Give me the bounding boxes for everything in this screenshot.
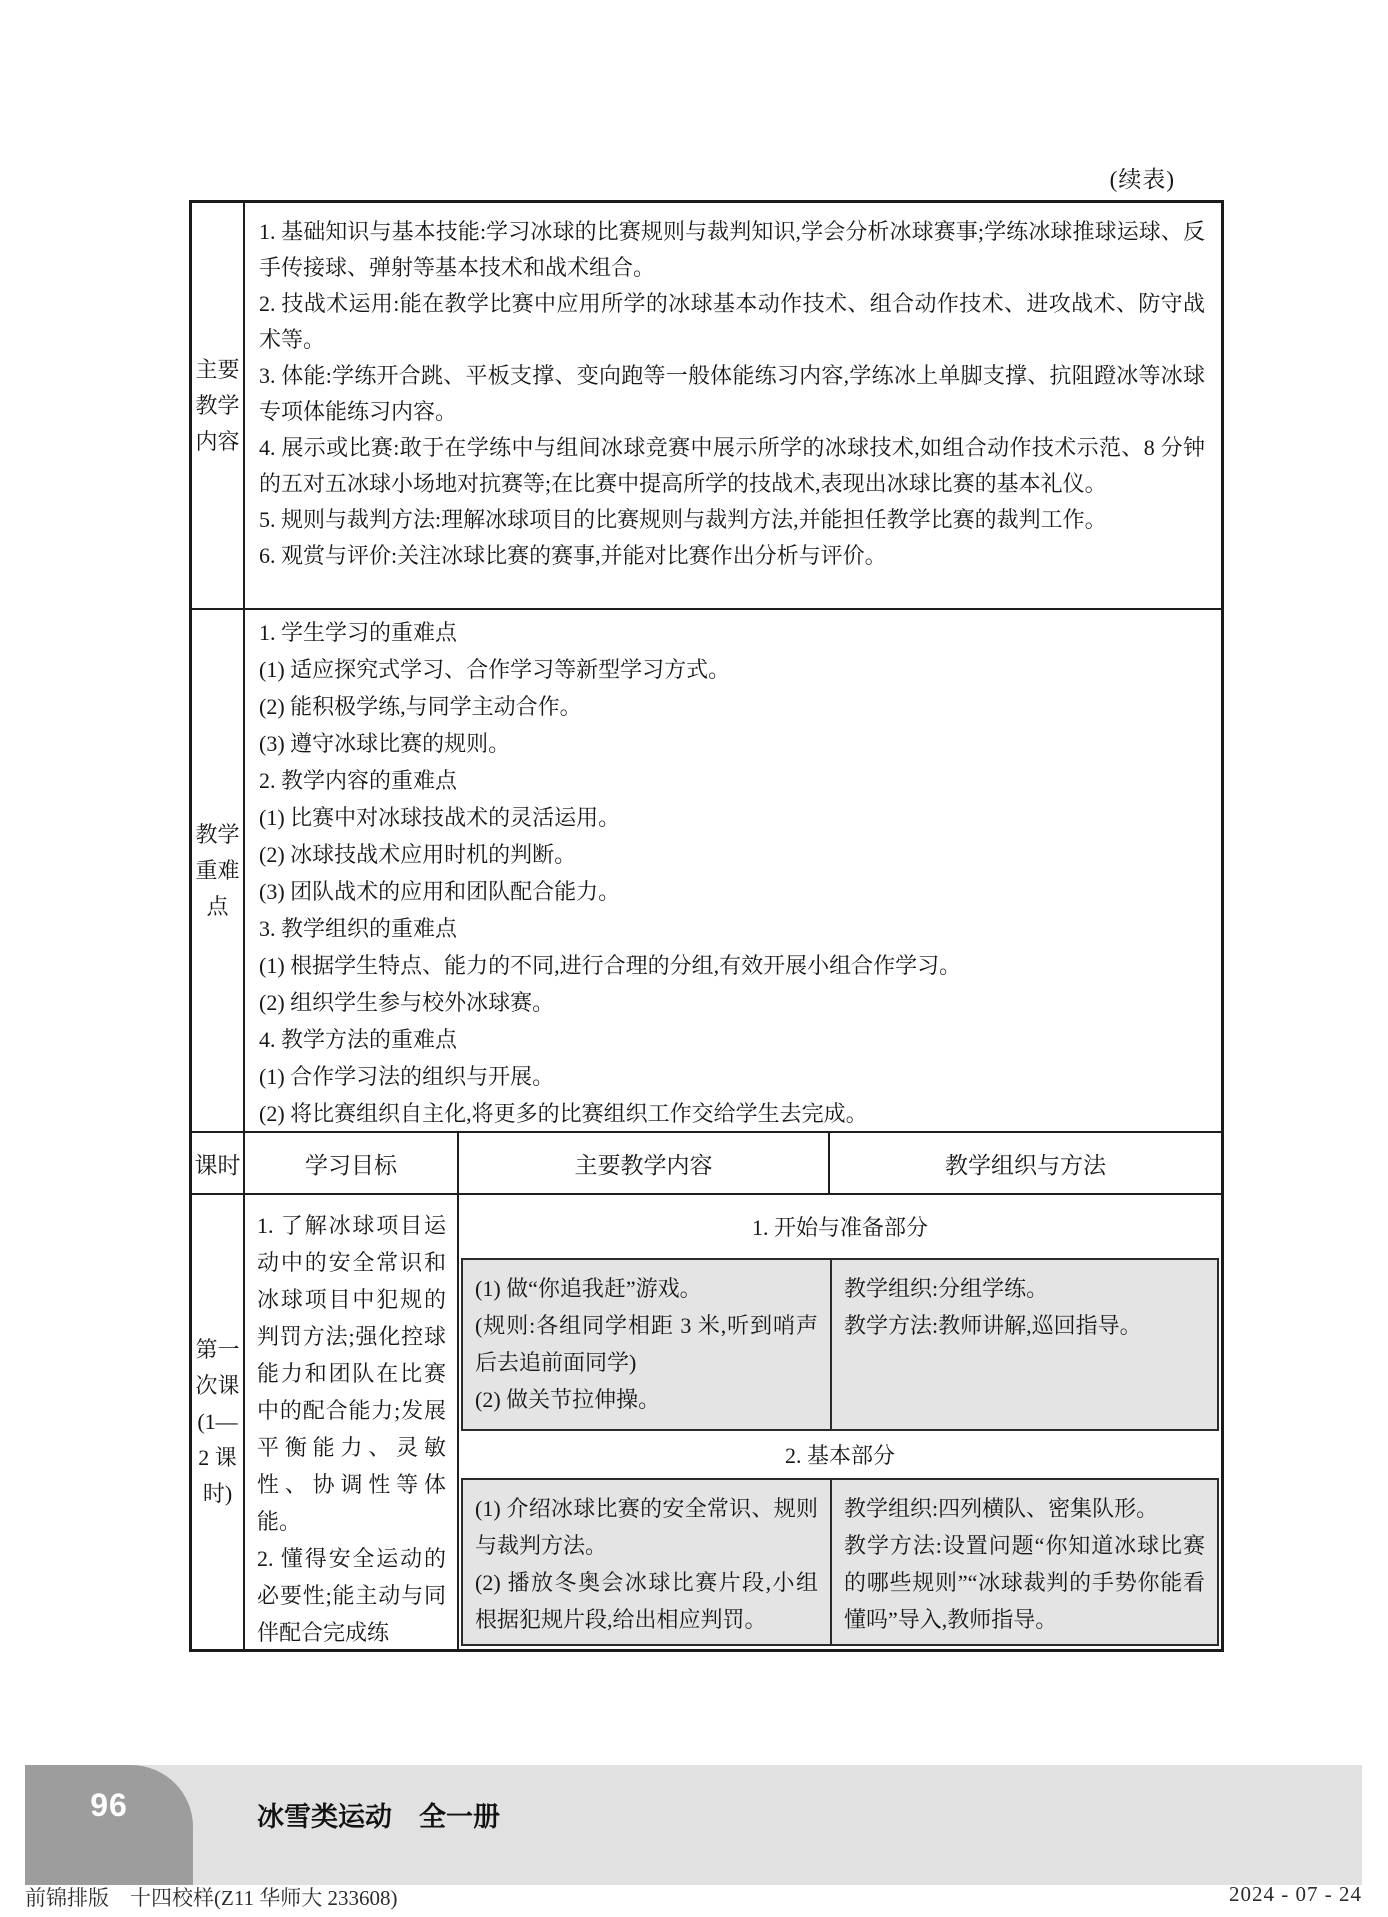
key-points-item: 1. 学生学习的重难点 bbox=[259, 614, 1205, 651]
lesson1-objectives-cell: 1. 了解冰球项目运动中的安全常识和冰球项目中犯规的判罚方法;强化控球能力和团队… bbox=[245, 1195, 459, 1649]
column-header-lesson: 课时 bbox=[192, 1133, 245, 1195]
column-header-content: 主要教学内容 bbox=[459, 1133, 830, 1195]
key-points-items: 1. 学生学习的重难点(1) 适应探究式学习、合作学习等新型学习方式。(2) 能… bbox=[245, 610, 1221, 1132]
main-content-item: 6. 观赏与评价:关注冰球比赛的赛事,并能对比赛作出分析与评价。 bbox=[259, 538, 1205, 574]
method-line: 教学组织:四列横队、密集队形。 bbox=[844, 1490, 1205, 1527]
section2-box: (1) 介绍冰球比赛的安全常识、规则与裁判方法。(2) 播放冬奥会冰球比赛片段,… bbox=[461, 1478, 1219, 1646]
key-points-item: 2. 教学内容的重难点 bbox=[259, 762, 1205, 799]
page-number: 96 bbox=[90, 1787, 128, 1824]
method-line: 教学组织:分组学练。 bbox=[844, 1270, 1205, 1307]
key-points-item: (1) 根据学生特点、能力的不同,进行合理的分组,有效开展小组合作学习。 bbox=[259, 947, 1205, 984]
method-line: 教学方法:教师讲解,巡回指导。 bbox=[844, 1307, 1205, 1344]
content-line: (2) 做关节拉伸操。 bbox=[475, 1381, 818, 1418]
column-header-methods: 教学组织与方法 bbox=[830, 1133, 1221, 1195]
section2-content: (1) 介绍冰球比赛的安全常识、规则与裁判方法。(2) 播放冬奥会冰球比赛片段,… bbox=[463, 1480, 832, 1644]
label-line: 点 bbox=[206, 889, 228, 925]
lesson-plan-table: 主要教学内容 1. 基础知识与基本技能:学习冰球的比赛规则与裁判知识,学会分析冰… bbox=[189, 200, 1224, 1652]
label-line: 内容 bbox=[195, 424, 239, 460]
label-line: 2 课 bbox=[198, 1440, 237, 1476]
key-points-item: 3. 教学组织的重难点 bbox=[259, 910, 1205, 947]
key-points-item: (1) 适应探究式学习、合作学习等新型学习方式。 bbox=[259, 651, 1205, 688]
proof-note: 前锦排版 十四校样(Z11 华师大 233608) bbox=[25, 1882, 398, 1912]
section1-methods: 教学组织:分组学练。教学方法:教师讲解,巡回指导。 bbox=[832, 1260, 1217, 1429]
objective-item: 2. 懂得安全运动的必要性;能主动与同伴配合完成练 bbox=[257, 1540, 446, 1651]
main-content-cell: 1. 基础知识与基本技能:学习冰球的比赛规则与裁判知识,学会分析冰球赛事;学练冰… bbox=[245, 203, 1221, 610]
lesson1-label-cell: 第一次课(1—2 课时) bbox=[192, 1195, 245, 1649]
label-line: 第一 bbox=[195, 1332, 239, 1368]
main-content-items: 1. 基础知识与基本技能:学习冰球的比赛规则与裁判知识,学会分析冰球赛事;学练冰… bbox=[245, 203, 1221, 574]
label-line: 重难 bbox=[195, 853, 239, 889]
book-title: 冰雪类运动 全一册 bbox=[257, 1795, 500, 1834]
main-content-item: 5. 规则与裁判方法:理解冰球项目的比赛规则与裁判方法,并能担任教学比赛的裁判工… bbox=[259, 502, 1205, 538]
continued-table-label: (续表) bbox=[1110, 161, 1175, 194]
footer-band: 96 冰雪类运动 全一册 bbox=[25, 1765, 1362, 1885]
section1-title: 1. 开始与准备部分 bbox=[459, 1195, 1221, 1258]
lesson1-label-text: 第一次课(1—2 课时) bbox=[192, 1195, 243, 1649]
key-points-item: (2) 将比赛组织自主化,将更多的比赛组织工作交给学生去完成。 bbox=[259, 1095, 1205, 1132]
row-label-key-points-text: 教学重难点 bbox=[192, 610, 243, 1131]
row-label-main-content: 主要教学内容 bbox=[192, 203, 245, 610]
key-points-item: (1) 比赛中对冰球技战术的灵活运用。 bbox=[259, 799, 1205, 836]
label-line: 时) bbox=[203, 1476, 232, 1512]
label-line: 教学 bbox=[195, 388, 239, 424]
lesson1-content-methods-area: 1. 开始与准备部分 (1) 做“你追我赶”游戏。(规则:各组同学相距 3 米,… bbox=[459, 1195, 1221, 1649]
label-line: 次课 bbox=[195, 1368, 239, 1404]
main-content-item: 2. 技战术运用:能在教学比赛中应用所学的冰球基本动作技术、组合动作技术、进攻战… bbox=[259, 286, 1205, 358]
section1-box: (1) 做“你追我赶”游戏。(规则:各组同学相距 3 米,听到哨声后去追前面同学… bbox=[461, 1258, 1219, 1431]
proof-date: 2024 - 07 - 24 bbox=[1229, 1882, 1362, 1907]
key-points-item: (2) 冰球技战术应用时机的判断。 bbox=[259, 836, 1205, 873]
label-line: 主要 bbox=[195, 352, 239, 388]
column-header-objectives: 学习目标 bbox=[245, 1133, 459, 1195]
row-label-main-content-text: 主要教学内容 bbox=[192, 203, 243, 608]
key-points-item: (2) 组织学生参与校外冰球赛。 bbox=[259, 984, 1205, 1021]
method-line: 教学方法:设置问题“你知道冰球比赛的哪些规则”“冰球裁判的手势你能看懂吗”导入,… bbox=[844, 1527, 1205, 1638]
main-content-item: 3. 体能:学练开合跳、平板支撑、变向跑等一般体能练习内容,学练冰上单脚支撑、抗… bbox=[259, 358, 1205, 430]
content-line: (1) 做“你追我赶”游戏。 bbox=[475, 1270, 818, 1307]
section1-content: (1) 做“你追我赶”游戏。(规则:各组同学相距 3 米,听到哨声后去追前面同学… bbox=[463, 1260, 832, 1429]
content-line: (1) 介绍冰球比赛的安全常识、规则与裁判方法。 bbox=[475, 1490, 818, 1564]
content-line: (2) 播放冬奥会冰球比赛片段,小组根据犯规片段,给出相应判罚。 bbox=[475, 1564, 818, 1638]
objective-item: 1. 了解冰球项目运动中的安全常识和冰球项目中犯规的判罚方法;强化控球能力和团队… bbox=[257, 1207, 446, 1540]
label-line: (1— bbox=[197, 1404, 237, 1440]
document-page: (续表) 主要教学内容 1. 基础知识与基本技能:学习冰球的比赛规则与裁判知识,… bbox=[0, 0, 1388, 1917]
lesson1-objectives: 1. 了解冰球项目运动中的安全常识和冰球项目中犯规的判罚方法;强化控球能力和团队… bbox=[245, 1195, 457, 1651]
section2-methods: 教学组织:四列横队、密集队形。教学方法:设置问题“你知道冰球比赛的哪些规则”“冰… bbox=[832, 1480, 1217, 1644]
page-number-badge: 96 bbox=[25, 1765, 193, 1885]
content-line: (规则:各组同学相距 3 米,听到哨声后去追前面同学) bbox=[475, 1307, 818, 1381]
key-points-cell: 1. 学生学习的重难点(1) 适应探究式学习、合作学习等新型学习方式。(2) 能… bbox=[245, 610, 1221, 1133]
main-content-item: 1. 基础知识与基本技能:学习冰球的比赛规则与裁判知识,学会分析冰球赛事;学练冰… bbox=[259, 214, 1205, 286]
key-points-item: 4. 教学方法的重难点 bbox=[259, 1021, 1205, 1058]
row-label-key-points: 教学重难点 bbox=[192, 610, 245, 1133]
label-line: 教学 bbox=[195, 817, 239, 853]
section2-title: 2. 基本部分 bbox=[459, 1431, 1221, 1478]
key-points-item: (3) 遵守冰球比赛的规则。 bbox=[259, 725, 1205, 762]
key-points-item: (2) 能积极学练,与同学主动合作。 bbox=[259, 688, 1205, 725]
main-content-item: 4. 展示或比赛:敢于在学练中与组间冰球竞赛中展示所学的冰球技术,如组合动作技术… bbox=[259, 430, 1205, 502]
key-points-item: (1) 合作学习法的组织与开展。 bbox=[259, 1058, 1205, 1095]
key-points-item: (3) 团队战术的应用和团队配合能力。 bbox=[259, 873, 1205, 910]
